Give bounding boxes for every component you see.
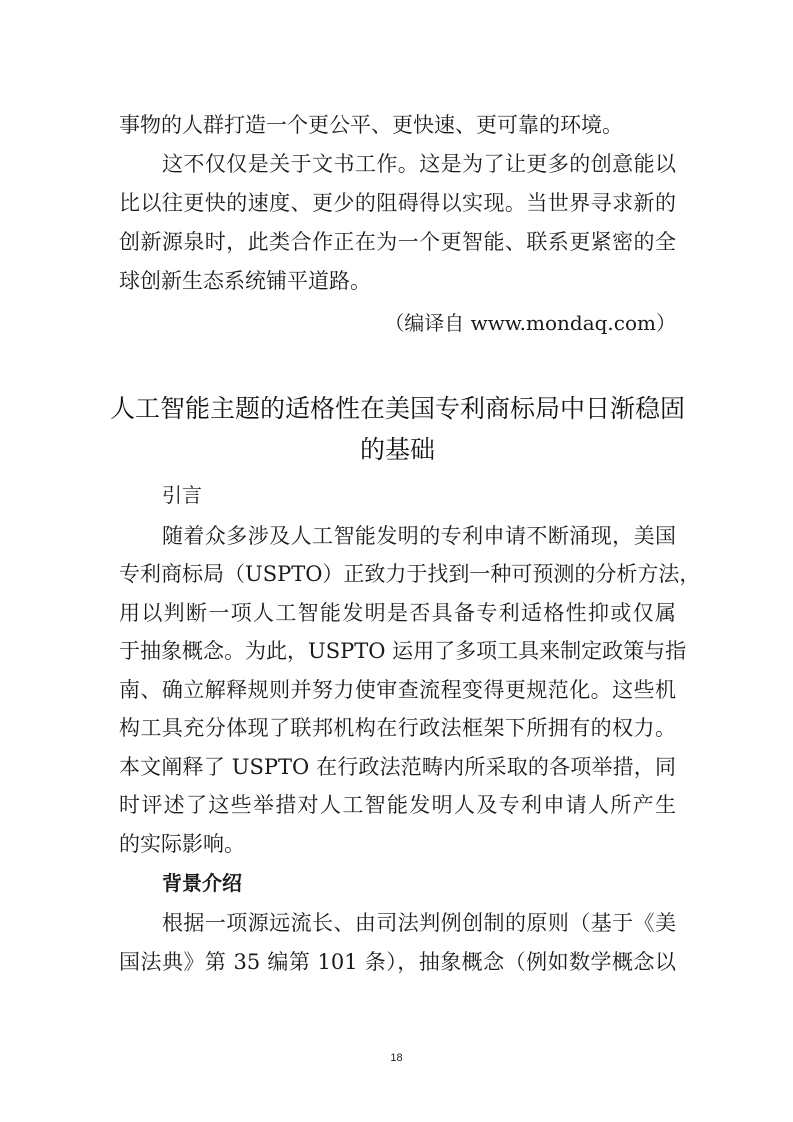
body-text-line: 随着众多涉及人工智能发明的专利申请不断涌现，美国 (162, 521, 676, 551)
body-text-line: 根据一项源远流长、由司法判例创制的原则（基于《美 (162, 908, 676, 938)
body-text-line: 球创新生态系统铺平道路。 (119, 266, 676, 296)
page-number: 18 (0, 1052, 793, 1064)
body-text-line: 时评述了这些举措对人工智能发明人及专利申请人所产生 (119, 790, 676, 820)
body-text-line: 比以往更快的速度、更少的阻碍得以实现。当世界寻求新的 (119, 188, 676, 218)
body-text-line: 创新源泉时，此类合作正在为一个更智能、联系更紧密的全 (119, 227, 676, 257)
body-text-line: 本文阐释了 USPTO 在行政法范畴内所采取的各项举措，同 (119, 752, 676, 782)
body-text-line: 事物的人群打造一个更公平、更快速、更可靠的环境。 (119, 110, 676, 140)
body-text-line: 用以判断一项人工智能发明是否具备专利适格性抑或仅属 (119, 598, 676, 628)
body-text-line: 这不仅仅是关于文书工作。这是为了让更多的创意能以 (162, 149, 676, 179)
body-text-line: 专利商标局（USPTO）正致力于找到一种可预测的分析方法， (119, 559, 676, 589)
body-text-line: 构工具充分体现了联邦机构在行政法框架下所拥有的权力。 (119, 713, 676, 743)
article-title-line-1: 人工智能主题的适格性在美国专利商标局中日渐稳固 (110, 392, 685, 426)
body-text-line: 于抽象概念。为此，USPTO 运用了多项工具来制定政策与指 (119, 636, 676, 666)
document-page: 事物的人群打造一个更公平、更快速、更可靠的环境。 这不仅仅是关于文书工作。这是为… (0, 0, 793, 1122)
section-heading-background: 背景介绍 (162, 868, 242, 898)
section-heading-introduction: 引言 (162, 480, 202, 510)
body-text-line: 南、确立解释规则并努力使审查流程变得更规范化。这些机 (119, 675, 676, 705)
source-credit: （编译自 www.mondaq.com） (384, 308, 676, 338)
body-text-line: 国法典》第 35 编第 101 条），抽象概念（例如数学概念以 (119, 947, 676, 977)
body-text-line: 的实际影响。 (119, 829, 676, 859)
article-title-line-2: 的基础 (110, 433, 685, 467)
